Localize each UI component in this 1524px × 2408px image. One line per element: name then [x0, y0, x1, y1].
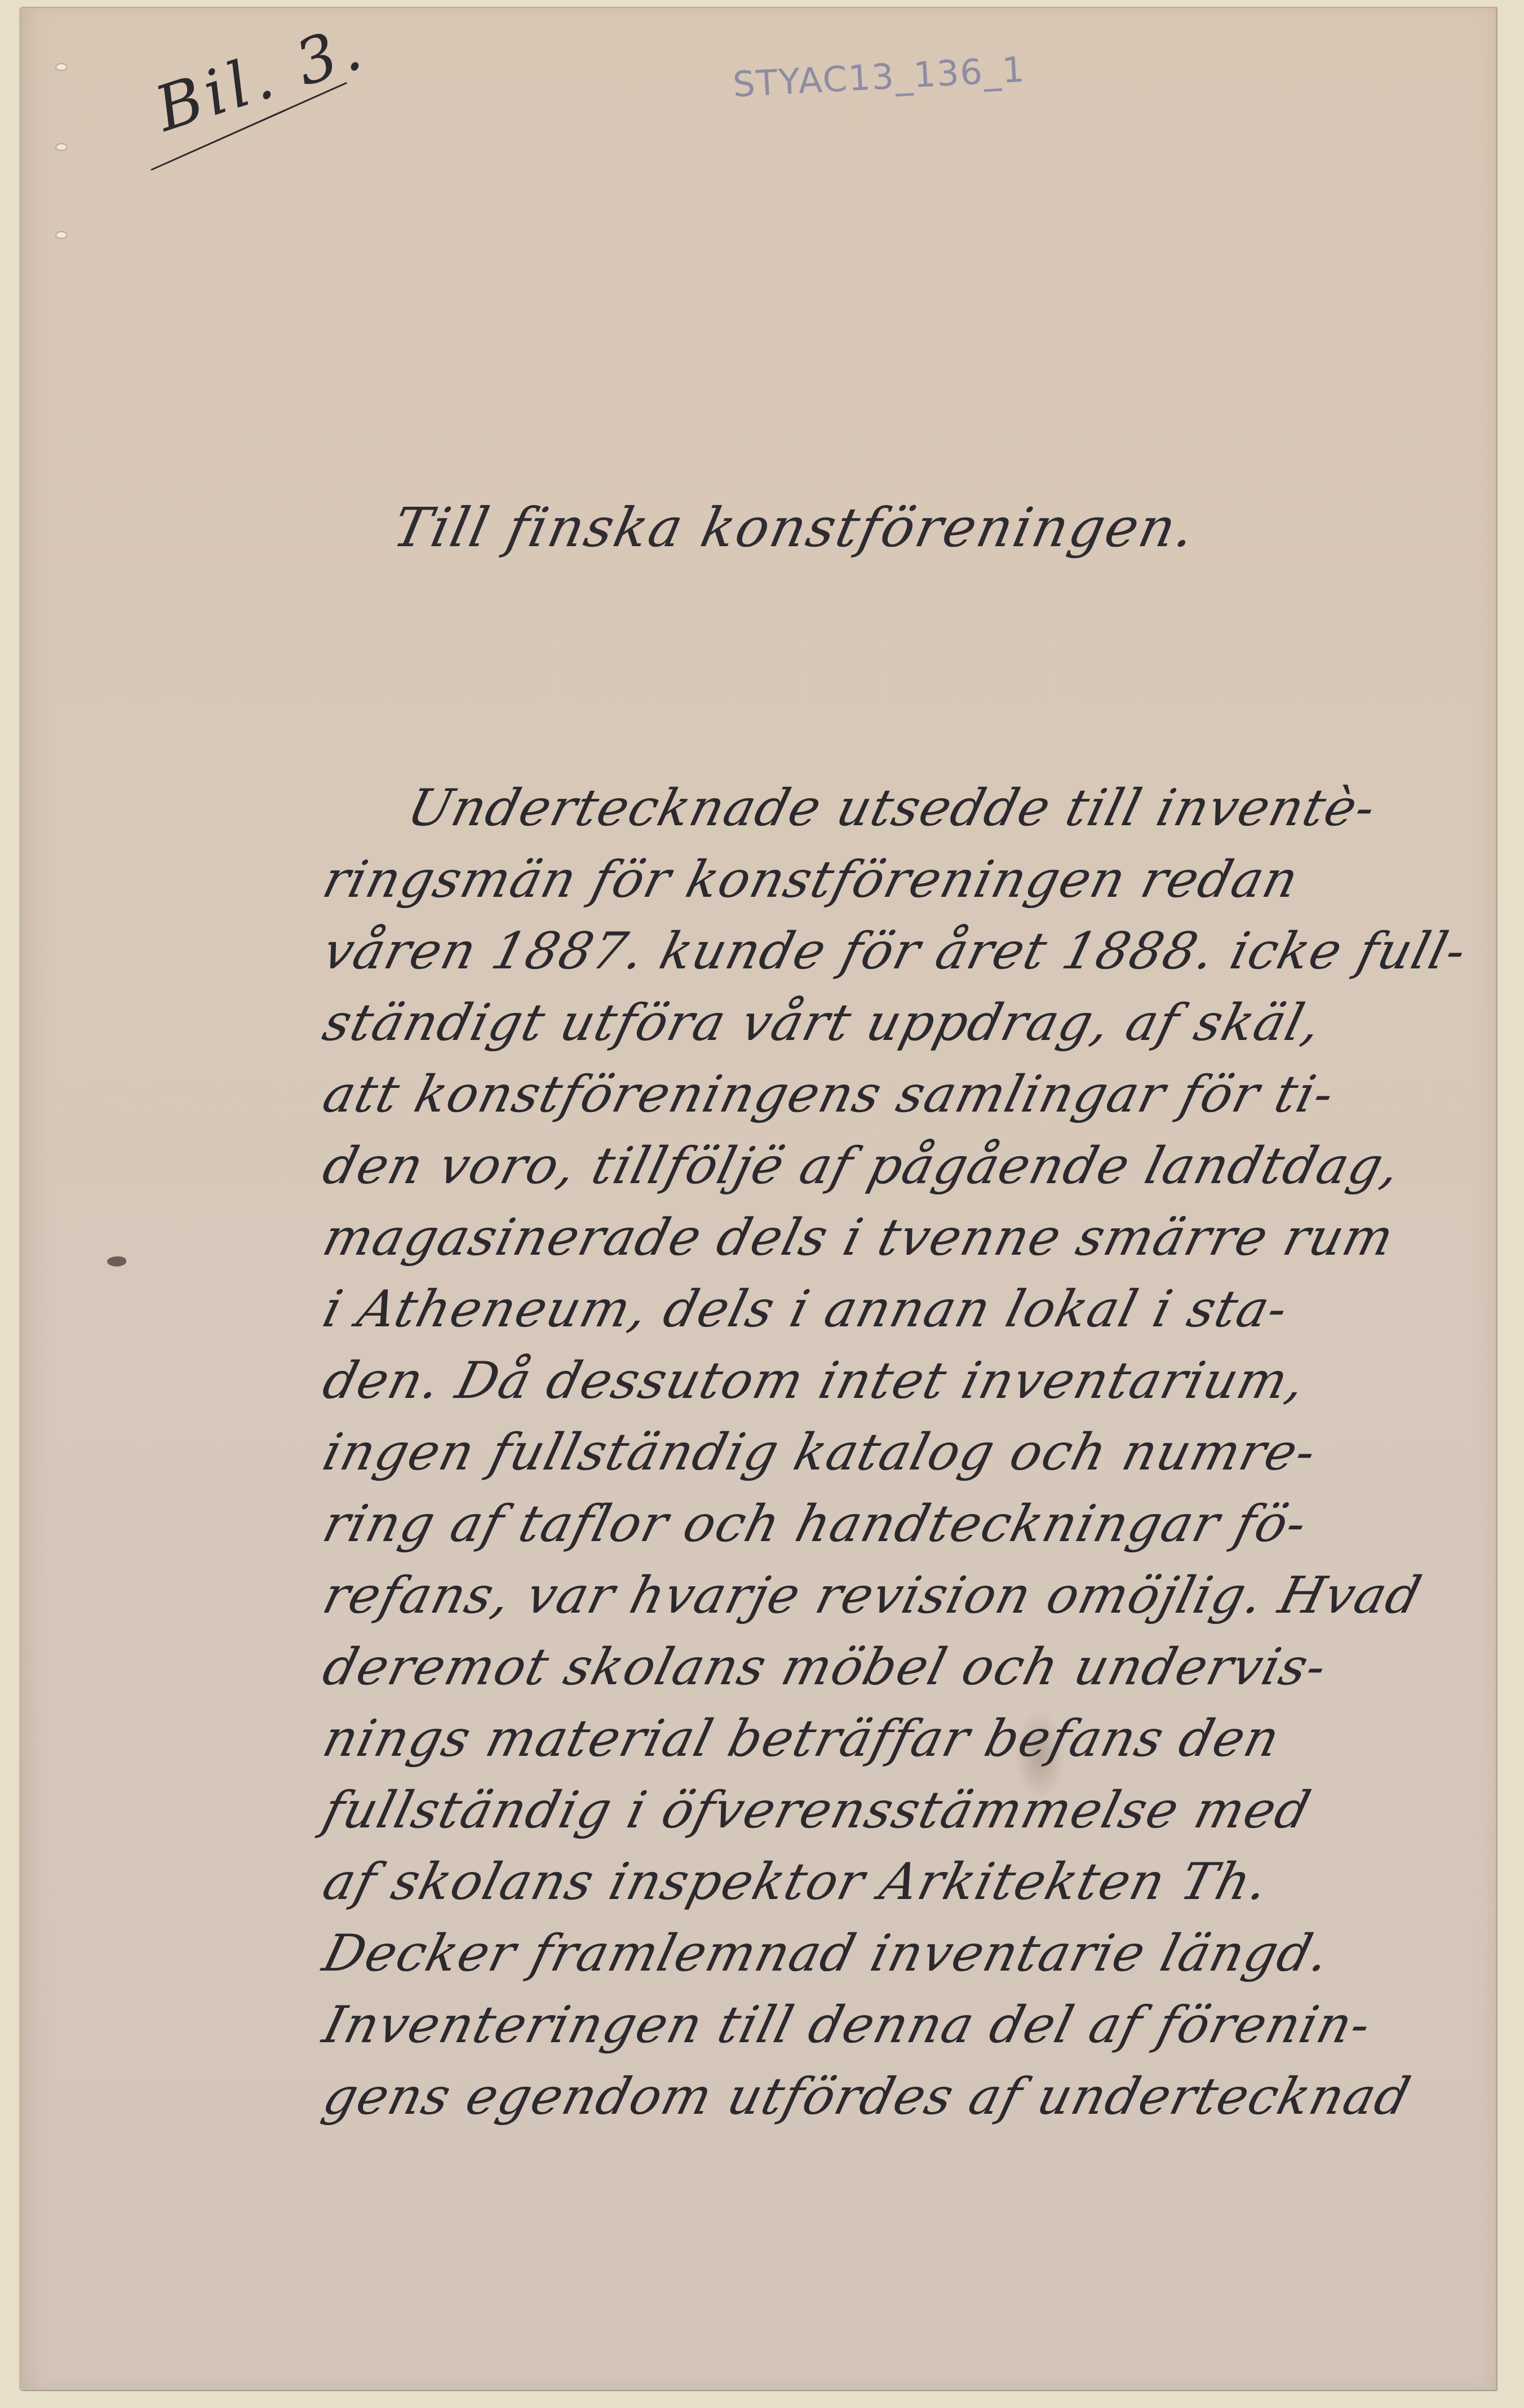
binding-hole — [56, 232, 67, 238]
body-line: ingen fullständig katalog och numre- — [316, 1417, 1517, 1488]
body-line: Decker framlemnad inventarie längd. — [316, 1918, 1517, 1989]
body-line: deremot skolans möbel och undervis- — [316, 1631, 1517, 1703]
body-line: Undertecknade utsedde till inventè- — [316, 772, 1517, 844]
body-line: magasinerade dels i tvenne smärre rum — [316, 1202, 1517, 1273]
body-line: ringsmän för konstföreningen redan — [316, 844, 1517, 915]
letter-body: Undertecknade utsedde till inventè- ring… — [316, 772, 1499, 2132]
body-line: gens egendom utfördes af undertecknad — [316, 2061, 1517, 2132]
letter-title: Till finska konstföreningen. — [388, 496, 1202, 559]
binding-hole — [56, 144, 67, 150]
body-line: nings material beträffar befans den — [316, 1703, 1517, 1774]
body-line: af skolans inspektor Arkitekten Th. — [316, 1846, 1517, 1918]
body-line: refans, var hvarje revision omöjlig. Hva… — [316, 1560, 1517, 1631]
body-line: att konstföreningens samlingar för ti- — [316, 1059, 1517, 1130]
body-line: Inventeringen till denna del af förenin- — [316, 1989, 1517, 2061]
body-line: den voro, tillföljë af pågående landtdag… — [316, 1130, 1517, 1202]
body-line: fullständig i öfverensstämmelse med — [316, 1774, 1517, 1846]
body-line: ring af taflor och handteckningar fö- — [316, 1488, 1517, 1560]
ink-blot — [107, 1256, 126, 1267]
body-line: i Atheneum, dels i annan lokal i sta- — [316, 1273, 1517, 1345]
body-line: våren 1887. kunde för året 1888. icke fu… — [316, 915, 1517, 987]
body-line: ständigt utföra vårt uppdrag, af skäl, — [316, 987, 1517, 1059]
binding-hole — [56, 64, 67, 70]
body-line: den. Då dessutom intet inventarium, — [316, 1345, 1517, 1417]
